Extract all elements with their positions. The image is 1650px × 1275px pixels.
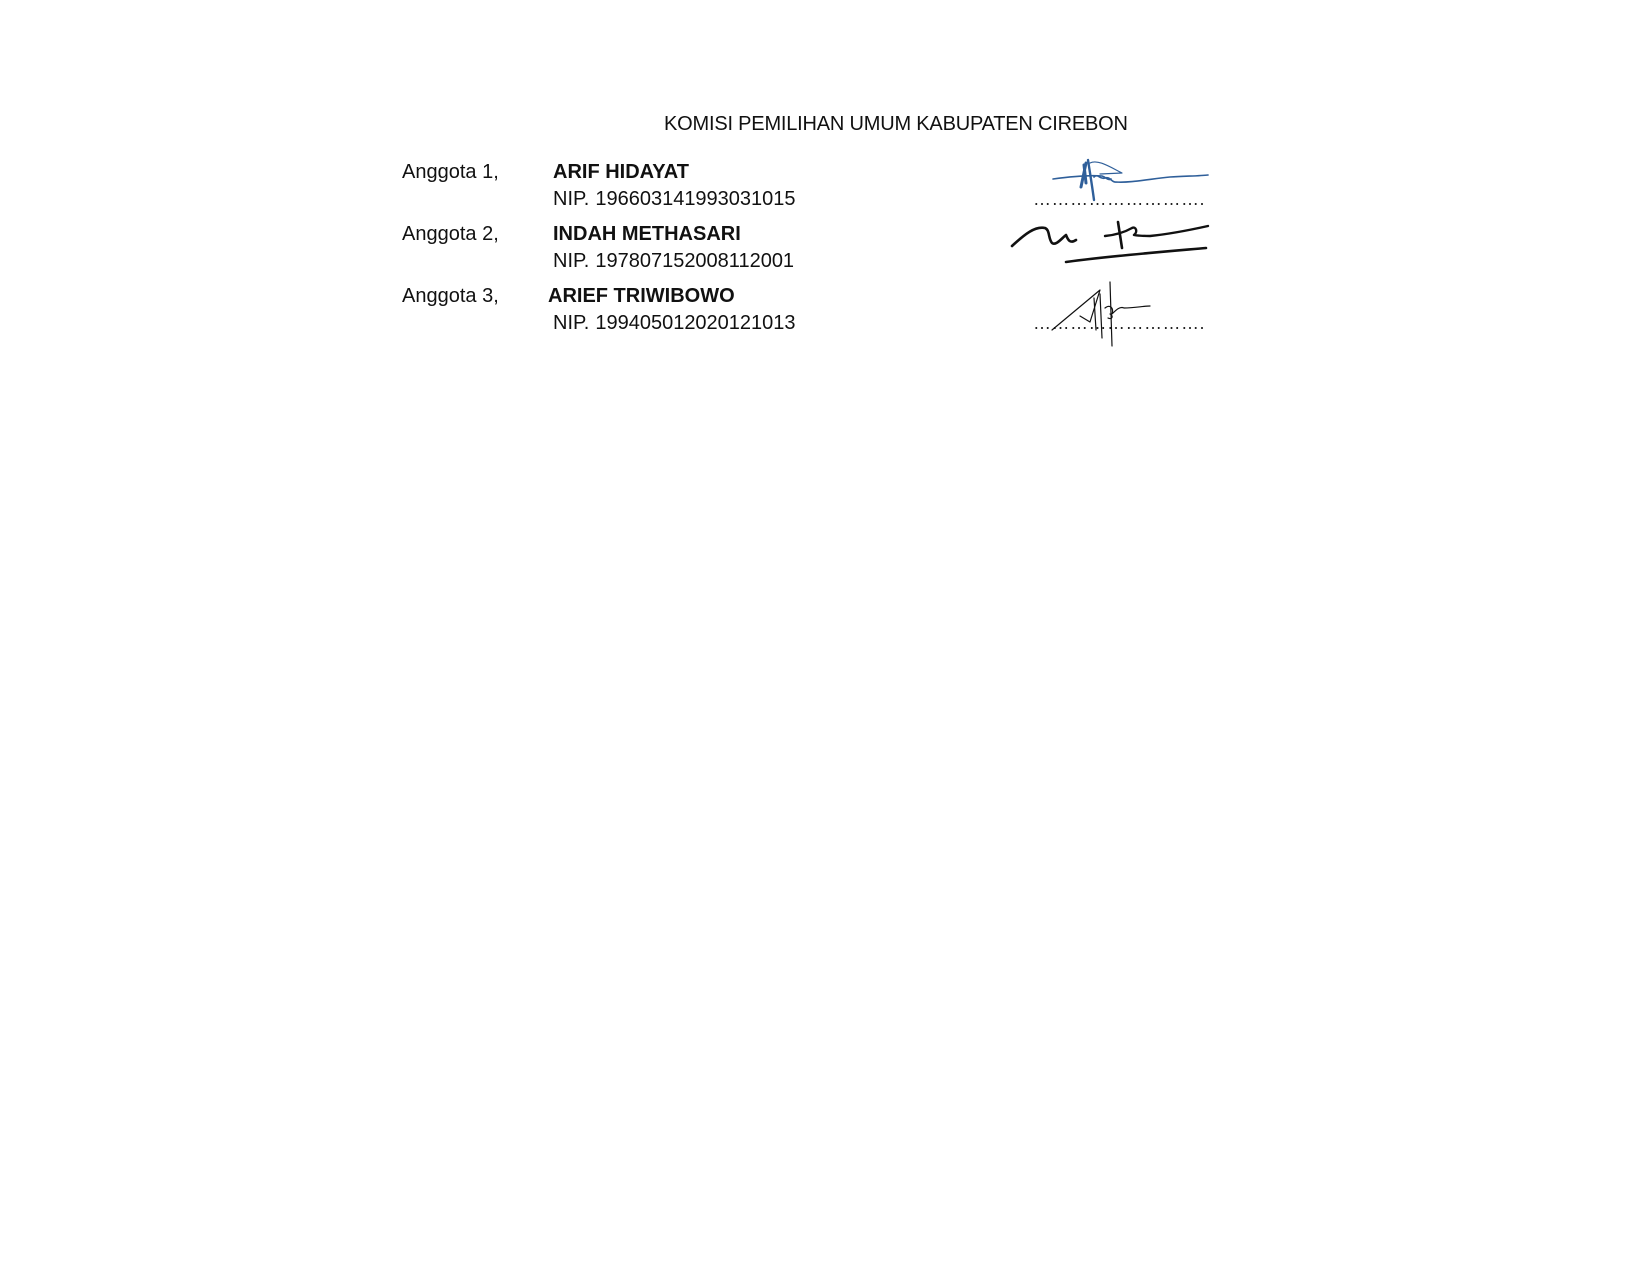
member-role: Anggota 2,: [402, 223, 499, 246]
member-nip: NIP.197807152008112001: [553, 250, 794, 273]
member-role: Anggota 1,: [402, 161, 499, 184]
nip-value: 196603141993031015: [595, 188, 795, 210]
member-role: Anggota 3,: [402, 285, 499, 308]
member-name: ARIF HIDAYAT: [553, 161, 689, 184]
nip-value: 197807152008112001: [595, 250, 794, 272]
signatory-row-1: Anggota 1, ARIF HIDAYAT NIP.196603141993…: [402, 161, 1242, 221]
document-title: KOMISI PEMILIHAN UMUM KABUPATEN CIREBON: [664, 113, 1128, 136]
nip-label: NIP.: [553, 250, 589, 272]
signature-line: ……………………….: [1033, 189, 1205, 210]
nip-label: NIP.: [553, 312, 589, 334]
member-name: INDAH METHASARI: [553, 223, 741, 246]
nip-label: NIP.: [553, 188, 589, 210]
signatory-row-2: Anggota 2, INDAH METHASARI NIP.197807152…: [402, 223, 1242, 283]
member-nip: NIP.196603141993031015: [553, 188, 796, 211]
member-nip: NIP.199405012020121013: [553, 312, 796, 335]
nip-value: 199405012020121013: [595, 312, 795, 334]
member-name: ARIEF TRIWIBOWO: [548, 285, 735, 308]
signature-line: ……………………….: [1033, 313, 1205, 334]
signatory-row-3: Anggota 3, ARIEF TRIWIBOWO NIP.199405012…: [402, 285, 1242, 345]
